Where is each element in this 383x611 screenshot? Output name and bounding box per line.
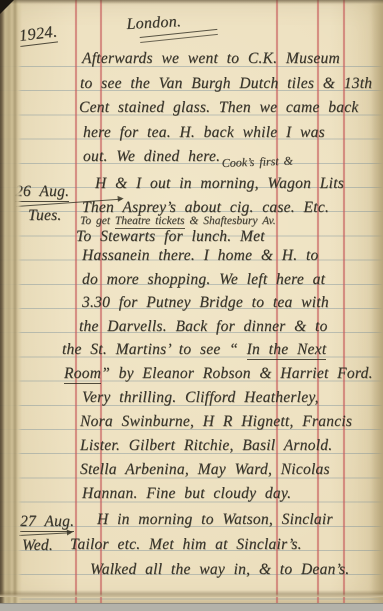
date-27-aug-arrow-flourish: [19, 532, 71, 536]
line-2: to see the Van Burgh Dutch tiles & 13th: [80, 76, 372, 92]
page-edge-left: [0, 0, 22, 604]
line-22: Walked all the way in, & to Dean’s.: [90, 562, 349, 578]
note-cooks: Cook’s first &: [222, 155, 294, 169]
scan-background-strip: [0, 603, 383, 611]
line-21: Tailor etc. Met him at Sinclair’s.: [70, 537, 302, 553]
line-9: Hassanein there. I home & H. to: [82, 248, 319, 264]
line-14: Room” by Eleanor Robson & Harriet Ford.: [64, 366, 373, 382]
line-16: Nora Swinburne, H R Hignett, Francis: [80, 414, 352, 430]
notebook-page: 1924.London.Afterwards we went to C.K. M…: [0, 0, 383, 604]
line-20: H in morning to Watson, Sinclair: [97, 512, 333, 528]
date-26-aug: 26 Aug.: [15, 184, 69, 200]
line-11: 3.30 for Putney Bridge to tea with: [82, 295, 329, 311]
line-4: here for tea. H. back while I was: [83, 125, 325, 141]
line-7: Then Asprey’s about cig. case. Etc.: [82, 200, 329, 216]
page-bottom-edge: [0, 590, 383, 597]
line-13: the St. Martins’ to see “ In the Next: [62, 342, 326, 358]
line-1: Afterwards we went to C.K. Museum: [82, 51, 340, 67]
day-wed: Wed.: [22, 538, 53, 554]
year-label: 1924.: [18, 23, 58, 44]
line-12: the Darvells. Back for dinner & to: [79, 319, 328, 335]
line-18: Stella Arbenina, May Ward, Nicolas: [80, 462, 330, 478]
page-edge-right: [371, 0, 383, 604]
line-15: Very thrilling. Clifford Heatherley,: [82, 390, 319, 406]
line-10: do more shopping. We left here at: [82, 272, 325, 288]
day-tues: Tues.: [28, 208, 62, 224]
line-6: H & I out in morning, Wagon Lits: [95, 176, 344, 192]
line-5: out. We dined here.: [83, 149, 220, 165]
line-3: Cent stained glass. Then we came back: [79, 100, 358, 116]
line-17: Lister. Gilbert Ritchie, Basil Arnold.: [80, 438, 332, 454]
line-19: Hannan. Fine but cloudy day.: [82, 486, 291, 502]
page-corner-shadow: [0, 0, 14, 14]
diary-scan: 1924.London.Afterwards we went to C.K. M…: [0, 0, 383, 611]
handwriting-layer: 1924.London.Afterwards we went to C.K. M…: [0, 0, 383, 604]
date-27-aug: 27 Aug.: [20, 514, 74, 530]
note-tickets: To get Theatre tickets & Shaftesbury Av.: [80, 216, 276, 228]
page-edge-top: [0, 0, 383, 4]
line-8: To Stewarts for lunch. Met: [76, 229, 265, 245]
heading-london: London.: [126, 14, 181, 33]
